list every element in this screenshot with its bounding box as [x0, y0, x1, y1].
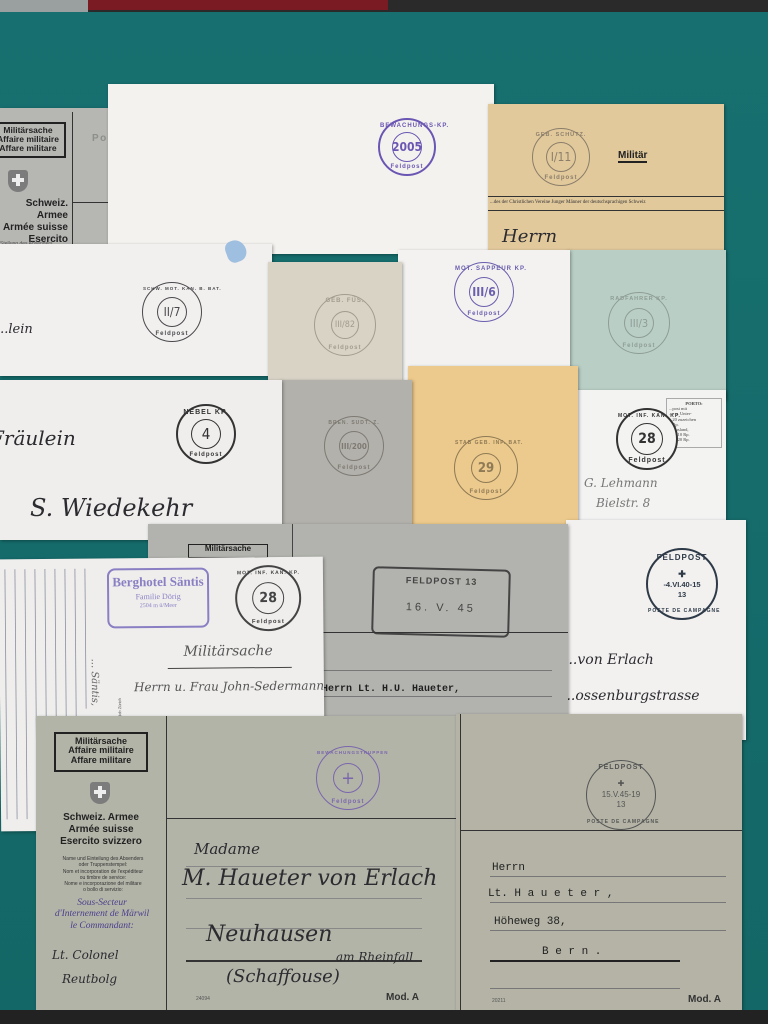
cover-radfahrer: RADFAHRER KP. III/3 Feldpost	[566, 250, 726, 400]
rule	[308, 696, 552, 697]
stamp-stab-geb-inf: STAB GEB. INF. BAT. 29 Feldpost	[454, 436, 518, 500]
cover-nebel-kp: NEBEL KP. 4 Feldpost Fräulein S. Wiedeke…	[0, 380, 282, 540]
divider	[72, 112, 73, 250]
militarsache-box: Militärsache	[188, 544, 268, 558]
divider	[166, 716, 167, 1016]
stamp-number: II/7	[157, 297, 187, 327]
rule	[460, 830, 742, 831]
stamp-geb-schutz: GEB. SCHÜTZ. I/11 Feldpost	[532, 128, 590, 186]
divider	[460, 714, 461, 1016]
stamp-number: I/11	[546, 142, 576, 172]
cover-mot-inf-kan-28: PORTO: ...post mit ...e u. Unter- ...20 …	[570, 390, 726, 522]
rule	[488, 210, 724, 211]
rect-postmark: FELDPOST 13 16. V. 45	[371, 566, 511, 638]
signature-line: Lt. Colonel	[52, 948, 119, 962]
hotel-name: Berghotel Säntis	[109, 574, 207, 591]
rect-postmark-title: FELDPOST 13	[374, 574, 508, 588]
cover-bren-sudt: BREN. SUDT. Z. III/200 Feldpost	[280, 380, 412, 530]
rule	[490, 876, 726, 877]
bottom-edge	[0, 1010, 768, 1024]
model-label: Mod. A	[386, 992, 419, 1003]
cover-feldpost-13-1945: FELDPOST ✚ 15.V.45-19 13 POSTE DE CAMPAG…	[456, 714, 742, 1016]
handwriting-line: Madame	[194, 840, 260, 858]
internment-line: Sous-Secteur	[36, 898, 168, 909]
army-lines: Schweiz. Armee Armée suisse Esercito svi…	[36, 812, 166, 848]
rule	[166, 818, 456, 819]
handwriting-line: G. Lehmann	[584, 476, 658, 490]
cover-bewachungstruppen: Militärsache Affaire militaire Affare mi…	[36, 716, 456, 1016]
box-line: Affare militare	[56, 756, 146, 765]
swiss-cross-icon: ✚	[663, 569, 700, 580]
rule	[490, 930, 726, 931]
rule	[186, 898, 422, 899]
form-number: 24094	[196, 996, 210, 1002]
cover-stab-geb-inf: STAB GEB. INF. BAT. 29 Feldpost	[408, 366, 578, 524]
handwriting-line: Fräulein	[0, 426, 76, 450]
hotel-altitude: 2504 m ü/Meer	[109, 603, 207, 610]
stamp-mot-inf-kan-28: MOT. INF. KAN. KP. 28 Feldpost	[616, 408, 678, 470]
army-line: Armée suisse	[36, 824, 166, 836]
typed-address-line: Herrn	[492, 862, 525, 874]
stamp-geb-fus: GEB. FÜS. III/82 Feldpost	[314, 294, 376, 356]
postmark-feldpost-13: FELDPOST ✚ -4.VI.40-15 13 POSTE DE CAMPA…	[646, 548, 718, 620]
handwriting-line: S. Wiedekehr	[30, 494, 192, 522]
stamp-mot-inf-kan-28-postcard: MOT. INF. KAN. KP. 28 Feldpost	[235, 565, 302, 632]
stamp-number: III/82	[331, 311, 359, 339]
handwriting-line: ...von Erlach	[566, 652, 654, 668]
stamp-number: 29	[471, 453, 501, 483]
stamp-mot-sappeur: MOT. SAPPEUR KP. III/6 Feldpost	[454, 262, 514, 322]
handwriting-line: ...ossenburgstrasse	[566, 688, 700, 704]
swiss-cross-icon: +	[333, 763, 363, 793]
handwriting-line: M. Haueter von Erlach	[182, 866, 437, 891]
stamp-schw-mot-kan: SCHW. MOT. KAN. B. BAT. II/7 Feldpost	[142, 282, 202, 342]
typed-address-line: B e r n .	[542, 946, 601, 958]
postmark-date: 15.V.45-19	[602, 790, 640, 800]
swiss-shield-icon	[8, 170, 28, 192]
swiss-cross-icon: ✚	[602, 779, 640, 789]
signature-line: Reutbolg	[62, 972, 117, 986]
postmark-number: 13	[663, 590, 700, 599]
swiss-shield-icon	[90, 782, 110, 804]
postmark-number: 13	[602, 800, 640, 810]
hotel-stamp: Berghotel Säntis Familie Dörig 2504 m ü/…	[107, 568, 210, 629]
militar-label: Militär	[618, 150, 647, 163]
form-number: 20211	[492, 998, 506, 1004]
stamp-number: 2005	[392, 132, 422, 162]
postmark-feldpost-13-1945: FELDPOST ✚ 15.V.45-19 13 POSTE DE CAMPAG…	[586, 760, 656, 830]
rule	[488, 196, 724, 197]
stamp-number: 28	[631, 423, 663, 455]
stamp-number: 4	[191, 419, 221, 449]
handwriting-line: Neuhausen	[206, 922, 332, 947]
handwriting-line: Militärsache	[184, 643, 273, 660]
hotel-family: Familie Dörig	[109, 592, 207, 602]
cover-bewachungs-2005: BEWACHUNGS-KP. 2005 Feldpost	[108, 84, 494, 254]
rule	[490, 988, 680, 989]
cover-mot-sappeur: MOT. SAPPEUR KP. III/6 Feldpost	[398, 250, 570, 382]
handwriting-line: ... Säntis,	[89, 659, 100, 707]
rule	[308, 670, 552, 671]
stamp-radfahrer-kp: RADFAHRER KP. III/3 Feldpost	[608, 292, 670, 354]
rule	[292, 632, 568, 633]
stamp-number: 28	[252, 582, 284, 614]
cvjm-header: ...des der Christlichen Vereine Junger M…	[490, 200, 646, 205]
handwriting-line: am Rheinfall	[336, 950, 413, 964]
stamp-number: III/200	[339, 431, 369, 461]
model-label: Mod. A	[688, 994, 721, 1005]
rule	[168, 667, 292, 669]
cover-feldpost-13-1940: FELDPOST ✚ -4.VI.40-15 13 POSTE DE CAMPA…	[566, 520, 746, 740]
cover-geb-schutz: GEB. SCHÜTZ. I/11 Feldpost Militär ...de…	[488, 104, 724, 254]
sender-fields: Name und Einteilung des Absenders oder T…	[46, 856, 160, 894]
sender-field: Nom et incorporation de l'expéditeur	[46, 869, 160, 875]
internment-stamp: Sous-Secteur d'Internement de Märwil le …	[36, 898, 168, 932]
stamp-number: III/6	[469, 277, 499, 307]
army-line: Schweiz. Armee	[0, 198, 68, 222]
rule	[490, 960, 680, 962]
handwriting: Herrn	[502, 226, 557, 247]
handwriting-line: Bielstr. 8	[596, 496, 650, 510]
postmark-date: -4.VI.40-15	[663, 580, 700, 589]
stamp-bewachungs-kp: BEWACHUNGS-KP. 2005 Feldpost	[378, 118, 436, 176]
stamp-number: III/3	[624, 308, 654, 338]
typed-address: Herrn Lt. H.U. Haueter,	[322, 684, 460, 695]
rect-postmark-date: 16. V. 45	[374, 600, 508, 616]
internment-line: d'Internement de Märwil	[36, 909, 168, 920]
handwriting: ...lein	[0, 322, 33, 337]
army-line: Armée suisse	[0, 222, 68, 234]
handwriting-line: Herrn u. Frau John-Sedermann	[134, 679, 324, 695]
rule	[490, 902, 726, 903]
typed-address-line: Lt. H a u e t e r ,	[488, 888, 613, 900]
army-line: Esercito svizzero	[36, 836, 166, 848]
cover-geb-fus: GEB. FÜS. III/82 Feldpost	[268, 262, 402, 382]
army-line: Schweiz. Armee	[36, 812, 166, 824]
stamp-nebel-kp: NEBEL KP. 4 Feldpost	[176, 404, 236, 464]
cover-schw-mot-kan: SCHW. MOT. KAN. B. BAT. II/7 Feldpost ..…	[0, 244, 272, 376]
box-line: Affare militare	[0, 144, 64, 153]
militarsache-box: Militärsache Affaire militaire Affare mi…	[54, 732, 148, 772]
stamp-bren-sudt: BREN. SUDT. Z. III/200 Feldpost	[324, 416, 384, 476]
typed-address-line: Höheweg 38,	[494, 916, 567, 928]
stamp-bewachungstruppen: BEWACHUNGSTRUPPEN + Feldpost	[316, 746, 380, 810]
militarsache-box: Militärsache Affaire militaire Affare mi…	[0, 122, 66, 158]
internment-line: le Commandant:	[36, 921, 168, 932]
sender-field: o bollo di servizio:	[46, 887, 160, 893]
handwriting-line: (Schaffouse)	[226, 966, 340, 987]
